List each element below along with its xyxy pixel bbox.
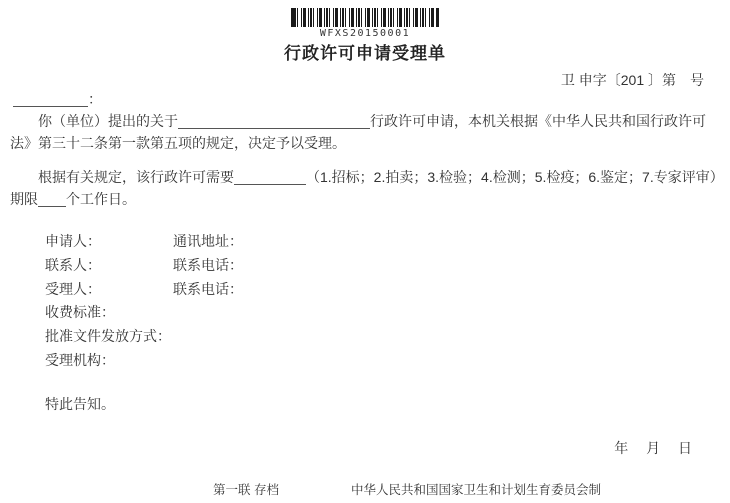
salutation-line: ：: [10, 88, 720, 110]
working-days-blank-field: [38, 201, 66, 207]
paragraph-acceptance: 你（单位）提出的关于行政许可申请，本机关根据《中华人民共和国行政许可法》第三十二…: [10, 110, 720, 154]
requirement-type-blank-field: [234, 179, 306, 185]
fields-section: 申请人： 通讯地址： 联系人： 联系电话： 受理人： 联系电话： 收费标准： 批…: [45, 230, 720, 373]
accepting-agency-label: 受理机构：: [45, 349, 173, 373]
field-row-delivery: 批准文件发放方式：: [45, 325, 720, 349]
field-row-agency: 受理机构：: [45, 349, 720, 373]
application-subject-blank-field: [178, 123, 370, 129]
accepting-agency-value: [173, 349, 720, 373]
copy-designation-label: 第一联 存档: [213, 483, 279, 498]
contact-phone-label: 联系电话：: [173, 254, 720, 278]
fee-standard-value: [173, 301, 720, 325]
contact-person-label: 联系人：: [45, 254, 173, 278]
document-body: ： 你（单位）提出的关于行政许可申请，本机关根据《中华人民共和国行政许可法》第三…: [0, 88, 730, 498]
acceptance-form-document: WFXS20150001 行政许可申请受理单 卫 申字〔201 〕第 号 ： 你…: [0, 0, 730, 503]
fee-standard-label: 收费标准：: [45, 301, 173, 325]
approval-delivery-method-value: [173, 325, 720, 349]
issuing-authority-label: 中华人民共和国国家卫生和计划生育委员会制: [351, 483, 601, 498]
approval-delivery-method-label: 批准文件发放方式：: [45, 325, 173, 349]
mailing-address-label: 通讯地址：: [173, 230, 720, 254]
field-row-applicant: 申请人： 通讯地址：: [45, 230, 720, 254]
field-row-fee: 收费标准：: [45, 301, 720, 325]
applicant-label: 申请人：: [45, 230, 173, 254]
field-row-handler: 受理人： 联系电话：: [45, 278, 720, 302]
field-row-contact: 联系人： 联系电话：: [45, 254, 720, 278]
barcode-block: WFXS20150001: [0, 0, 730, 40]
notice-line: 特此告知。: [45, 393, 720, 415]
barcode-value: WFXS20150001: [0, 28, 730, 40]
page-title: 行政许可申请受理单: [0, 44, 730, 64]
handler-phone-label: 联系电话：: [173, 278, 720, 302]
paragraph1-text-before: 你（单位）提出的关于: [38, 113, 178, 129]
handler-label: 受理人：: [45, 278, 173, 302]
paragraph2-text-after: 个工作日。: [66, 191, 136, 207]
barcode-image: [291, 8, 439, 27]
paragraph-requirements: 根据有关规定，该行政许可需要（1.招标；2.拍卖；3.检验；4.检测；5.检疫；…: [10, 166, 720, 210]
salutation-colon: ：: [88, 91, 102, 107]
addressee-blank-field: [13, 101, 88, 107]
footer: 第一联 存档 中华人民共和国国家卫生和计划生育委员会制: [10, 483, 720, 498]
paragraph2-text-before: 根据有关规定，该行政许可需要: [38, 169, 234, 185]
date-signature-line: 年 月 日: [10, 437, 720, 459]
document-number: 卫 申字〔201 〕第 号: [0, 72, 730, 88]
